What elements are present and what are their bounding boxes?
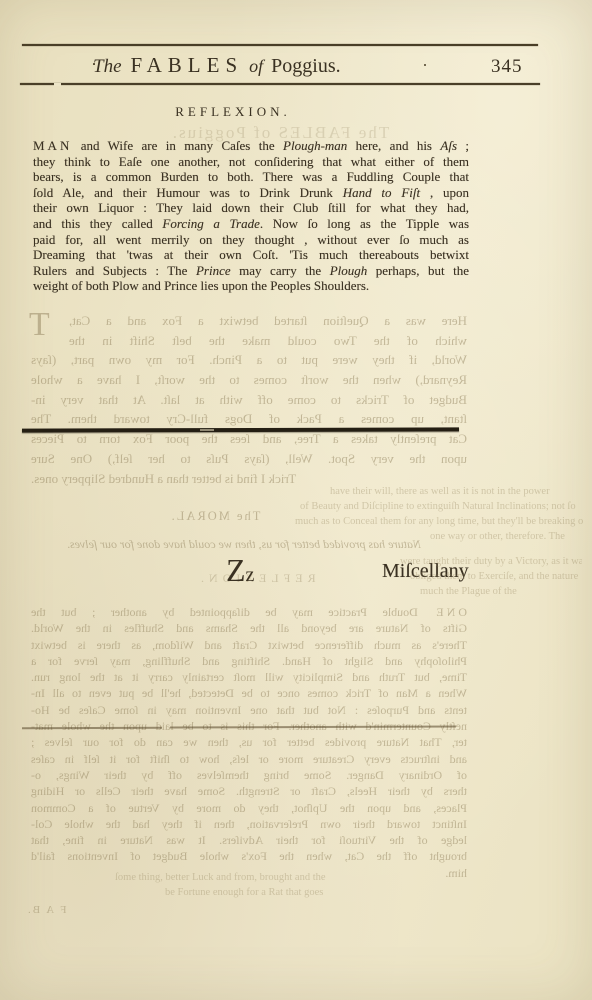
faint-fragment-3: much as to Conceal them for any long tim… [295,516,583,527]
paragraph-line-2: they think to Eaſe one another, not conſ… [33,154,469,170]
page-number: 345 [491,56,523,78]
showthrough-reflexion-line-6: When a Man of Trick comes once to be Det… [31,685,467,701]
signature-mark: Zz [226,552,254,589]
showthrough-fable-line-8: upon the very Spot. Well, (ſays Puſs to … [31,449,467,469]
paragraph-line-1: MAN and Wife are in many Caſes the Ploug… [33,138,469,154]
showthrough-moral-heading: The MORAL. [150,509,280,524]
running-head-the: The [93,56,122,77]
paragraph-line-6: and this they called Forcing a Trade. No… [33,216,469,232]
running-head-of: of [249,56,263,76]
showthrough-reflexion-line-14: Inſtinct toward their own Preſervation, … [31,816,467,832]
paragraph-line-8: Dreaming that 'twas at their own Coſt. '… [33,247,469,263]
paragraph-line-9: Rulers and Subjects : The Prince may car… [33,263,469,279]
rule-ink-gap [54,83,61,86]
showthrough-reflexion-line-11: of Ordinary Danger. Some bring themſelve… [31,767,467,783]
showthrough-reflexion-line-10: and inſtructs every Creature more or leſ… [31,751,467,767]
showthrough-signature: F A B. [26,904,66,916]
showthrough-fable-line-5: Budget of Tricks to come off with at laſ… [31,390,467,410]
ink-speck [424,64,426,66]
reflexion-paragraph: MAN and Wife are in many Caſes the Ploug… [33,138,469,294]
showthrough-fable-line-1: Here was a Queſtion ſtarted betwixt a Fo… [69,311,467,331]
showthrough-fable-block: Here was a Queſtion ſtarted betwixt a Fo… [31,311,467,488]
showthrough-fable-line-4: Reynard,) when the worſt comes to the wo… [31,370,467,390]
showthrough-reflexion-line-5: Time, but Truth and Simplicity will moſt… [31,669,467,685]
paragraph-line-5: their own Liquor : They laid down their … [33,200,469,216]
showthrough-fable-line-2: which of the Two could make the beſt Shi… [69,331,467,351]
paragraph-line-4: ſold Ale, and their Humour was to Drink … [33,185,469,201]
faint-fragment-4: one way or other, therefore. The [430,531,582,542]
running-head-poggius: Poggius. [271,55,340,77]
showthrough-fable-line-3: World, if they were put to a Pinch. For … [31,350,467,370]
ink-speck [166,44,168,46]
showthrough-moral-line: Nature has provided better for us, then … [38,537,450,552]
faint-fragment-5: were taught their duty by a Victory, as … [400,556,582,567]
showthrough-reflexion-line-4: Philoſophy and Slight of Hand. Shifting … [31,653,467,669]
showthrough-reflexion-heading: REFLEXION. [196,571,316,586]
faint-fragment-7: much the Plague of the [420,586,580,597]
showthrough-reflexion-line-2: Gifts of Nature are beyond all the Shams… [31,620,467,636]
faint-fragment-8: ſome thing, better Luck and from, brough… [115,872,460,883]
showthrough-reflexion-line-1: ONE Double Practice may be diſappointed … [31,604,467,620]
heavy-ink-line-gap [200,429,214,431]
ink-speck [93,63,95,65]
showthrough-fable-line-6: ſtant, up comes a Pack of Dogs full-Cry … [31,409,467,429]
showthrough-reflexion-block: ONE Double Practice may be diſappointed … [31,604,467,881]
running-head-fables: FABLES [131,53,244,77]
showthrough-reflexion-line-13: Places, and upon the Upſhot, they do mor… [31,800,467,816]
paragraph-line-3: bears, is a common Burden to both. There… [33,169,469,185]
faint-fragment-2: of Beauty and Diſcipline to extinguiſh N… [300,501,582,512]
showthrough-reflexion-line-3: There's as much difference betwixt Craft… [31,637,467,653]
showthrough-reflexion-line-12: thers by their Heels, Craft or Strength.… [31,783,467,799]
running-head: TheFABLESofPoggius. [93,53,341,78]
showthrough-reflexion-line-9: ter, That Nature provides better for us,… [31,734,467,750]
showthrough-reflexion-line-7: tents and Purpoſes : Not but that one In… [31,702,467,718]
paragraph-line-7: paid for, all went merrily on they thoug… [33,232,469,248]
book-page: TheFABLESofPoggius. 345 REFLEXION. The F… [0,0,592,1000]
header-rule-top [22,44,538,46]
showthrough-reflexion-line-16: brought off the Cat, when the Fox's whol… [31,848,467,864]
section-heading: REFLEXION. [33,104,433,120]
faint-fragment-6: obliged them to Exerciſe, and the nature [410,571,582,582]
showthrough-reflexion-line-15: ledge of the Virtuoſi for their Adviſers… [31,832,467,848]
header-rule-bottom [20,83,540,85]
signature-mark-minuscule: z [246,564,255,586]
signature-mark-capital: Z [226,552,246,588]
faint-fragment-9: be Fortune enough for a Rat that goes [165,887,405,898]
faint-fragment-1: have their will, there as well as it is … [330,486,580,497]
paragraph-line-10: weight of both Plow and Prince lies upon… [33,278,469,294]
